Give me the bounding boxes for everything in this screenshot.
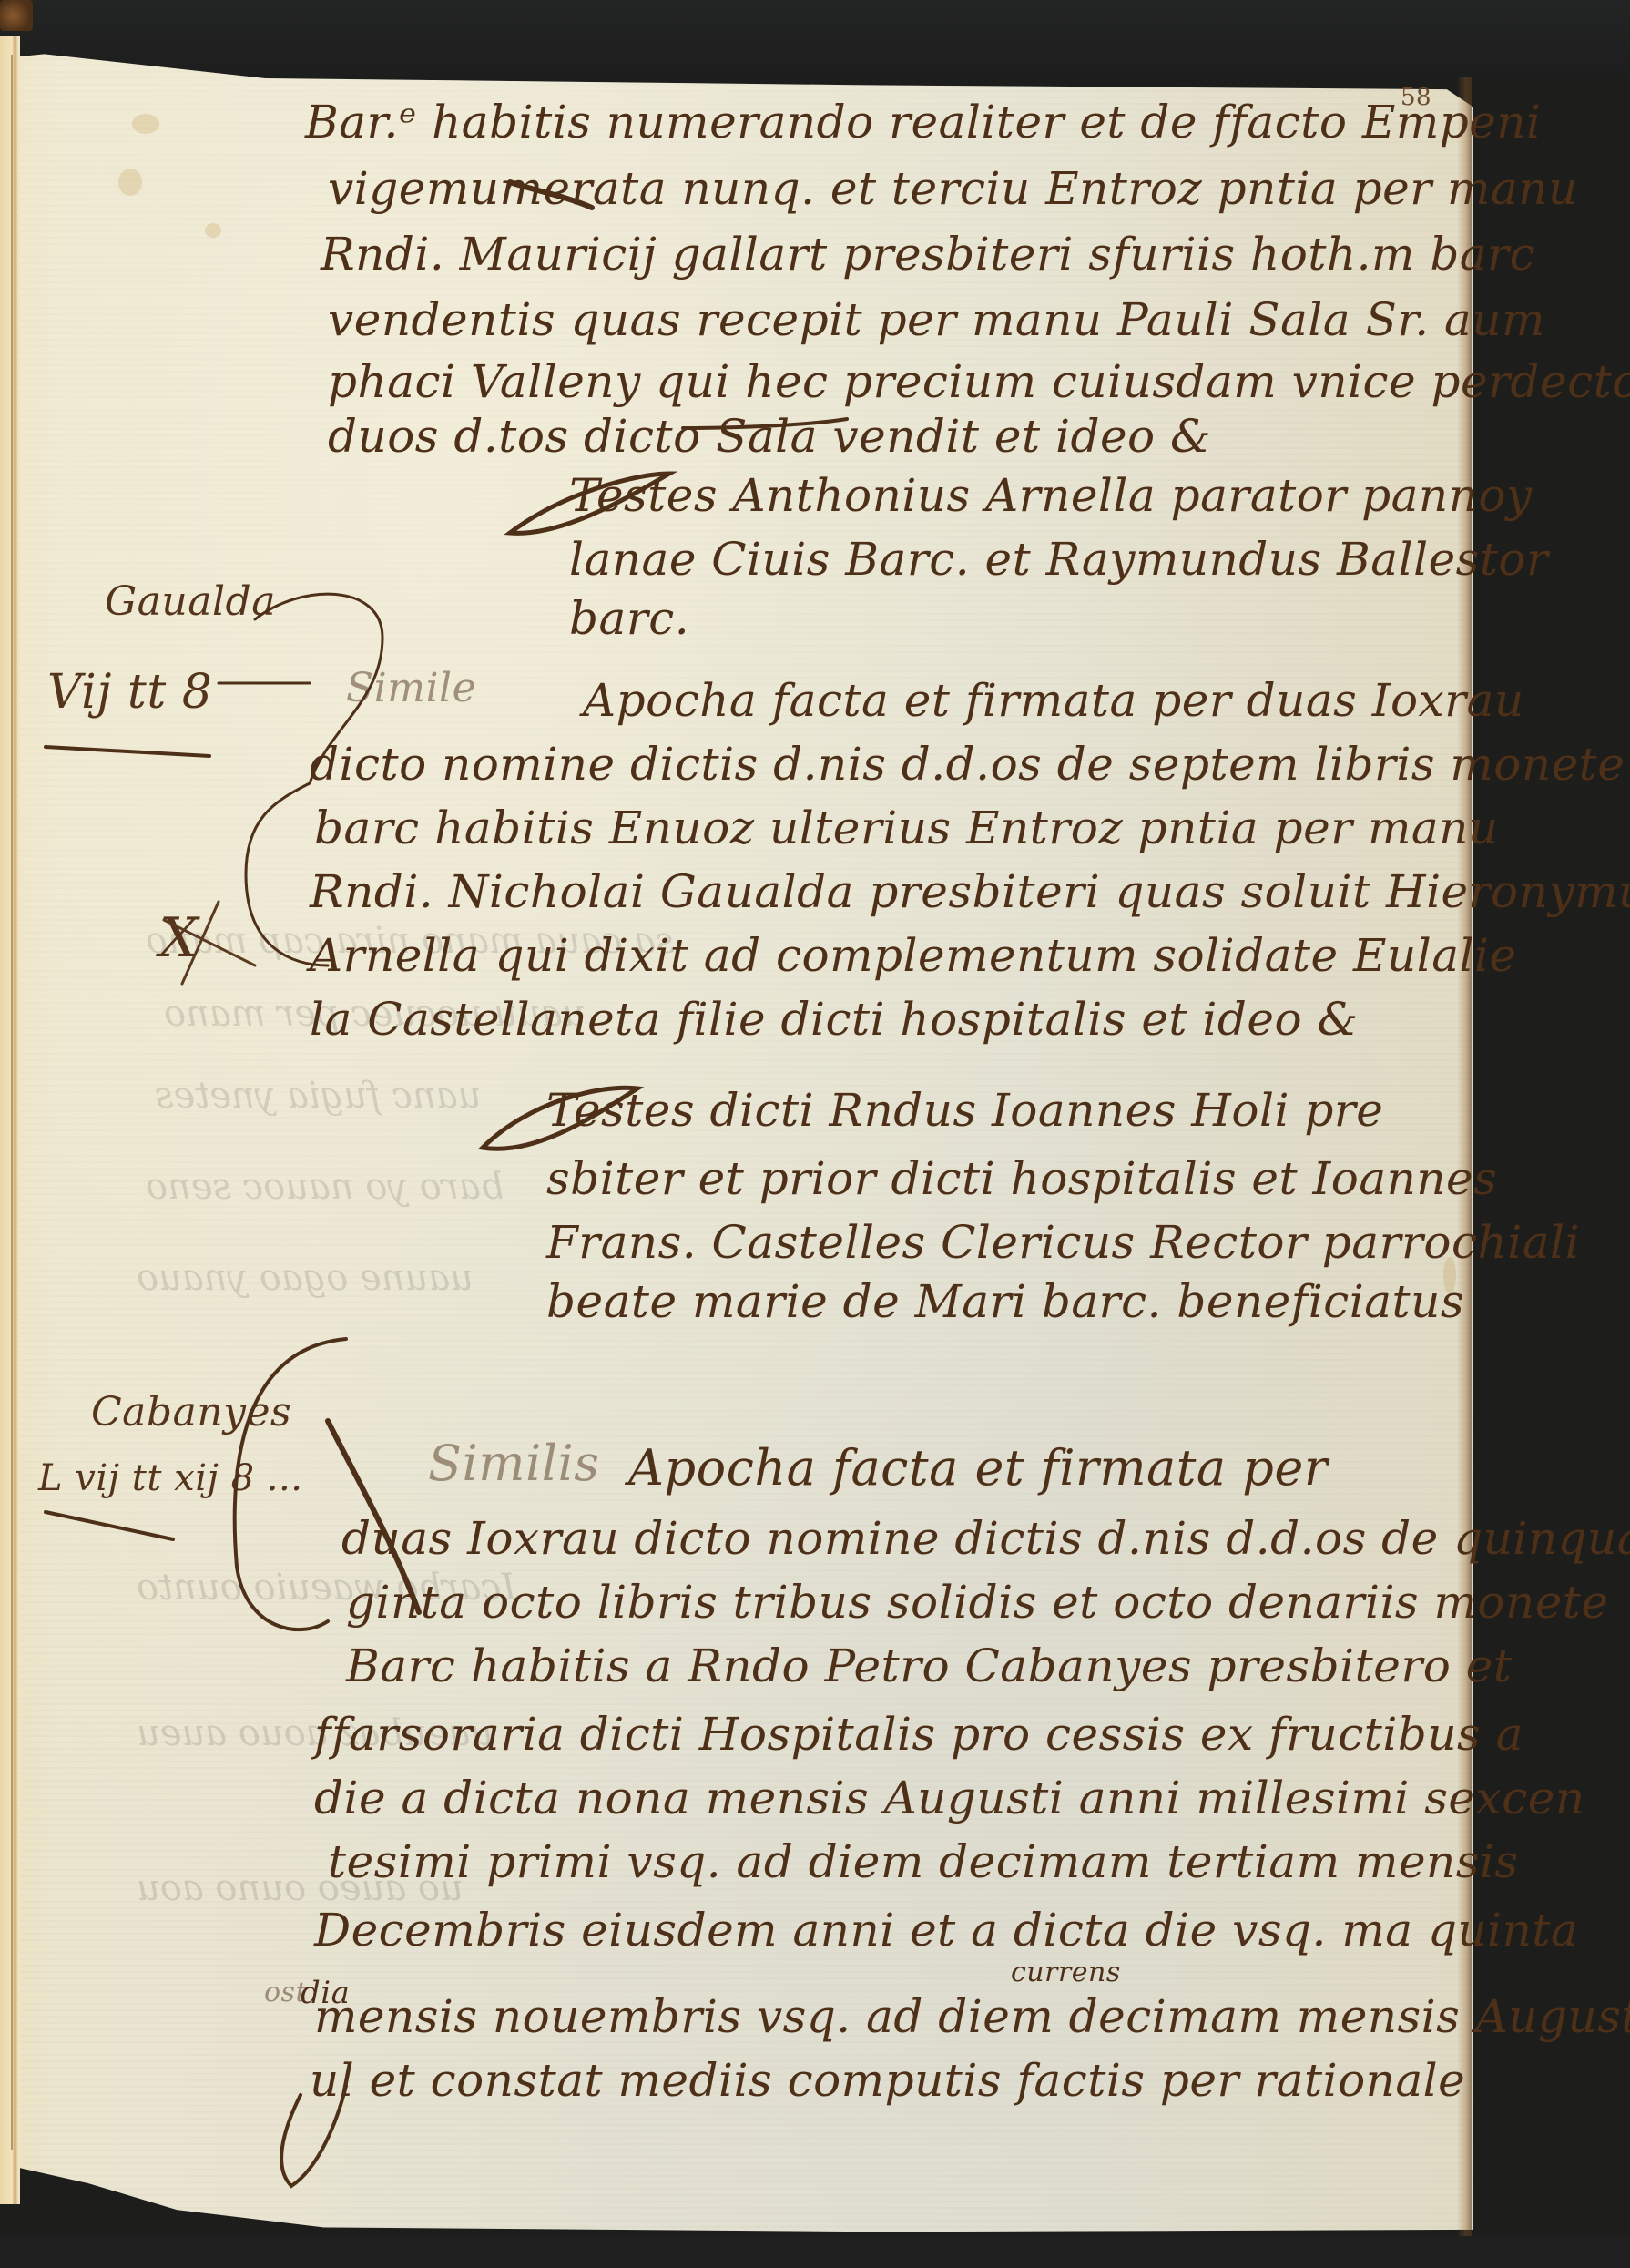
margin-note-amount: L vij tt xij 8 ... bbox=[38, 1457, 302, 1499]
text-line: Rndi. Mauricij gallart presbiteri sfurii… bbox=[321, 228, 1535, 281]
marginal-word-similis: Similis bbox=[428, 1435, 600, 1492]
foxing-stain bbox=[132, 114, 159, 134]
text-line: phaci Valleny qui hec precium cuiusdam v… bbox=[328, 355, 1630, 408]
witness-line: Frans. Castelles Clericus Rector parroch… bbox=[546, 1216, 1580, 1269]
text-line: duos d.tos dicto Sala vendit et ideo & bbox=[328, 410, 1211, 463]
show-through-text: uanc fugia ynetes bbox=[155, 1075, 481, 1117]
witness-line: lanae Ciuis Barc. et Raymundus Ballestor bbox=[569, 533, 1548, 586]
gutter-fold-line bbox=[11, 55, 13, 2150]
margin-note-cross: X bbox=[159, 906, 199, 970]
witness-line: Testes Anthonius Arnella parator pannoy bbox=[569, 469, 1533, 522]
text-line: Rndi. Nicholai Gaualda presbiteri quas s… bbox=[310, 865, 1630, 918]
margin-note-amount: Vij tt 8 bbox=[47, 665, 212, 720]
witness-line: barc. bbox=[569, 592, 689, 645]
text-line: duas Ioxrau dicto nomine dictis d.nis d.… bbox=[341, 1512, 1630, 1565]
marginal-word-simile: Simile bbox=[346, 665, 476, 711]
show-through-text: uaune ogao ynauo bbox=[137, 1257, 474, 1299]
text-line: Apocha facta et firmata per bbox=[628, 1439, 1328, 1497]
margin-note-gaualda: Gaualda bbox=[105, 578, 276, 625]
text-line: ginta octo libris tribus solidis et octo… bbox=[346, 1576, 1608, 1629]
foxing-stain bbox=[118, 169, 142, 196]
text-line: Bar.ᵉ habitis numerando realiter et de f… bbox=[305, 96, 1542, 148]
text-line: mensis nouembris vsq. ad diem decimam me… bbox=[314, 1990, 1630, 2043]
interlinear-note: currens bbox=[1011, 1956, 1121, 1988]
dark-background-bottom bbox=[0, 2236, 1630, 2268]
witness-line: Testes dicti Rndus Ioannes Holi pre bbox=[546, 1084, 1383, 1137]
dark-background-top bbox=[0, 0, 1630, 82]
text-line: vendentis quas recepit per manu Pauli Sa… bbox=[328, 293, 1545, 346]
show-through-text: baro yo nauoc seno bbox=[146, 1166, 504, 1208]
text-line: Decembris eiusdem anni et a dicta die vs… bbox=[314, 1904, 1578, 1956]
binding-gutter bbox=[0, 36, 20, 2204]
text-line: la Castellaneta filie dicti hospitalis e… bbox=[310, 993, 1359, 1046]
text-line: barc habitis Enuoz ulterius Entroz pntia… bbox=[314, 802, 1499, 854]
text-line: die a dicta nona mensis Augusti anni mil… bbox=[314, 1772, 1585, 1824]
text-line: ffarsoraria dicti Hospitalis pro cessis … bbox=[314, 1708, 1523, 1761]
text-line: ul et constat mediis computis factis per… bbox=[310, 2054, 1465, 2107]
text-line: dicto nomine dictis d.nis d.d.os de sept… bbox=[310, 738, 1625, 791]
foxing-stain bbox=[205, 223, 221, 238]
binding-thread bbox=[0, 0, 33, 31]
witness-line: beate marie de Mari barc. beneficiatus bbox=[546, 1275, 1464, 1328]
text-line: Barc habitis a Rndo Petro Cabanyes presb… bbox=[346, 1640, 1512, 1692]
text-line: Arnella qui dixit ad complementum solida… bbox=[310, 929, 1517, 982]
text-line: tesimi primi vsq. ad diem decimam tertia… bbox=[328, 1835, 1519, 1888]
witness-line: sbiter et prior dicti hospitalis et Ioan… bbox=[546, 1152, 1497, 1205]
margin-note-cabanyes: Cabanyes bbox=[91, 1389, 291, 1435]
text-line: Apocha facta et firmata per duas Ioxrau bbox=[583, 674, 1524, 727]
text-line: vigemumerata nunq. et terciu Entroz pnti… bbox=[328, 162, 1578, 215]
